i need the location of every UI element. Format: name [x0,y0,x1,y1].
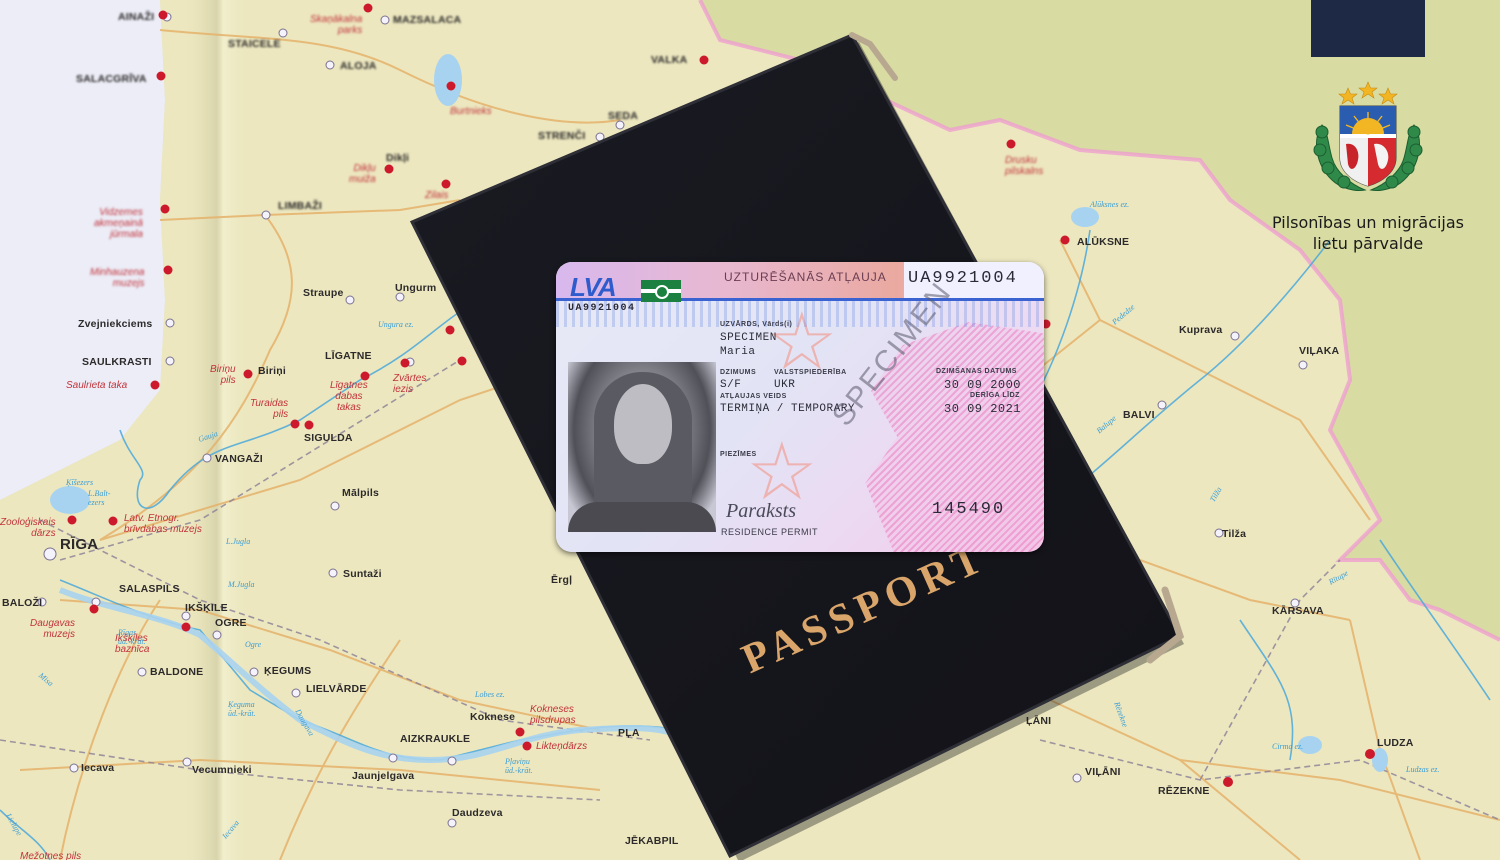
latvia-coat-of-arms-icon [1310,80,1426,198]
card-number: 145490 [932,500,1005,519]
organization-name: Pilsonības un migrācijas lietu pārvalde [1250,212,1486,254]
organization-name-line1: Pilsonības un migrācijas [1250,212,1486,233]
sex-label: DZIMUMS [720,369,756,376]
document-number-small: UA9921004 [568,303,636,314]
permit-type-label: ATĻAUJAS VEIDS [720,393,787,400]
sex-value: S/F [720,379,741,391]
lva-logo: LVA [570,272,616,303]
card-title: UZTURĒŠANĀS ATĻAUJA [724,270,887,284]
residence-permit-card: ☆ ☆ LVA UZTURĒŠANĀS ATĻAUJA UA9921004 UA… [556,262,1044,552]
surname-value: SPECIMEN [720,332,777,344]
holder-signature: Paraksts [726,500,796,523]
photo-face [614,384,672,464]
surname-name-label: UZVĀRDS, Vārds(i) [720,321,792,328]
remarks-label: PIEZĪMES [720,451,757,458]
photo-scene: AINAŽI STAICELE MAZSALACA ALOJA VALKA SA… [0,0,1500,860]
valid-until-label: DERĪGA LĪDZ [970,392,1020,399]
birth-date-value: 30 09 2000 [944,378,1021,392]
organization-name-line2: lietu pārvalde [1250,233,1486,254]
given-name-value: Maria [720,346,756,358]
valid-until-value: 30 09 2021 [944,402,1021,416]
brand-navy-block [1311,0,1425,57]
nationality-value: UKR [774,379,795,391]
card-footer: RESIDENCE PERMIT [721,527,818,537]
holder-photo [568,362,716,532]
lva-emblem-icon [641,280,681,302]
nationality-label: VALSTSPIEDERĪBA [774,369,847,376]
birth-date-label: DZIMŠANAS DATUMS [936,368,1017,375]
photo-shoulders [568,502,716,532]
